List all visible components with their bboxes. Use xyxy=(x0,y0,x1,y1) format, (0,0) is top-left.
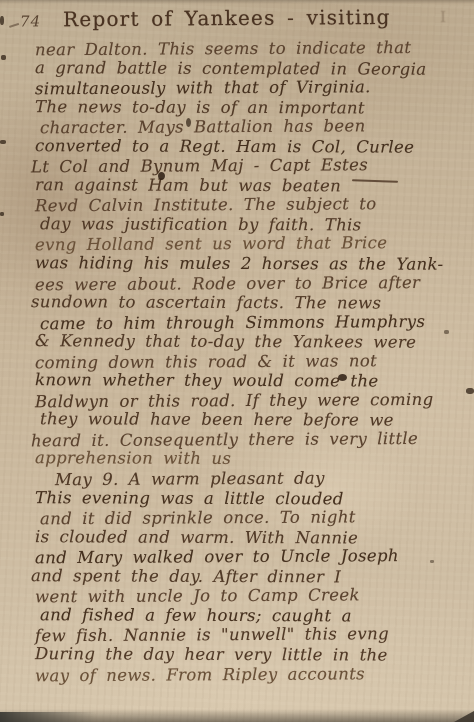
paper-speck xyxy=(1,55,6,60)
manuscript-line: character. Mays Battalion has been xyxy=(40,116,462,138)
manuscript-line: a grand battle is contemplated in Georgi… xyxy=(35,58,462,79)
manuscript-line: is clouded and warm. With Nannie xyxy=(35,527,462,548)
page-header: 74 Report of Yankees - visiting xyxy=(8,4,464,31)
manuscript-line-may9-entry: May 9. A warm pleasant day xyxy=(35,468,462,490)
manuscript-line: ran against Ham but was beaten xyxy=(35,175,462,196)
manuscript-line: Lt Col and Bynum Maj - Capt Estes xyxy=(31,155,462,177)
folio-number: 74 xyxy=(20,12,41,30)
manuscript-line: & Kennedy that to-day the Yankees were xyxy=(35,331,462,352)
manuscript-line: they would have been here before we xyxy=(40,410,462,431)
manuscript-line: converted to a Regt. Ham is Col, Curlee xyxy=(35,136,462,157)
paper-speck xyxy=(444,330,449,334)
manuscript-line: and it did sprinkle once. To night xyxy=(40,507,462,529)
manuscript-line: coming down this road & it was not xyxy=(35,350,462,372)
paper-speck xyxy=(0,16,4,25)
scan-shadow-corner-left xyxy=(0,712,96,722)
manuscript-line: simultaneously with that of Virginia. xyxy=(35,77,462,99)
scan-shadow-top xyxy=(0,0,474,4)
manuscript-line: Revd Calvin Institute. The subject to xyxy=(35,194,462,216)
manuscript-line: ees were about. Rode over to Brice after xyxy=(35,272,462,294)
paper-speck xyxy=(430,560,434,563)
ink-blot xyxy=(338,374,347,381)
manuscript-line: Baldwyn or this road. If they were comin… xyxy=(35,390,462,412)
manuscript-line: was hiding his mules 2 horses as the Yan… xyxy=(35,253,462,274)
manuscript-line: few fish. Nannie is "unwell" this evng xyxy=(35,624,462,646)
manuscript-line: known whether they would come the xyxy=(35,370,462,391)
manuscript-line: and spent the day. After dinner I xyxy=(31,566,462,587)
ink-blot xyxy=(158,172,165,180)
manuscript-line: way of news. From Ripley accounts xyxy=(35,663,462,685)
manuscript-line: sundown to ascertain facts. The news xyxy=(31,292,462,313)
manuscript-body: near Dalton. This seems to indicate that… xyxy=(35,39,462,684)
paper-speck xyxy=(0,212,4,216)
ink-blot xyxy=(186,118,191,127)
manuscript-line: and Mary walked over to Uncle Joseph xyxy=(35,546,462,568)
manuscript-line: went with uncle Jo to Camp Creek xyxy=(35,585,462,607)
manuscript-line: The news to-day is of an important xyxy=(35,97,462,118)
bleedthrough-mark: I xyxy=(440,8,452,26)
manuscript-line: This evening was a little clouded xyxy=(35,488,462,509)
page-title: Report of Yankees - visiting xyxy=(63,5,391,31)
folio-squiggle-mark xyxy=(7,16,19,28)
manuscript-line: apprehension with us xyxy=(35,449,462,470)
manuscript-line: came to him through Simmons Humphrys xyxy=(40,311,462,333)
manuscript-line: evng Holland sent us word that Brice xyxy=(35,233,462,255)
manuscript-line: near Dalton. This seems to indicate that xyxy=(35,38,462,60)
diary-page-scan: 74 Report of Yankees - visiting I near D… xyxy=(0,0,474,722)
manuscript-line: During the day hear very little in the xyxy=(35,644,462,665)
edge-tear-mark xyxy=(466,388,474,394)
manuscript-line: and fished a few hours; caught a xyxy=(40,605,462,626)
paper-speck xyxy=(0,140,6,144)
